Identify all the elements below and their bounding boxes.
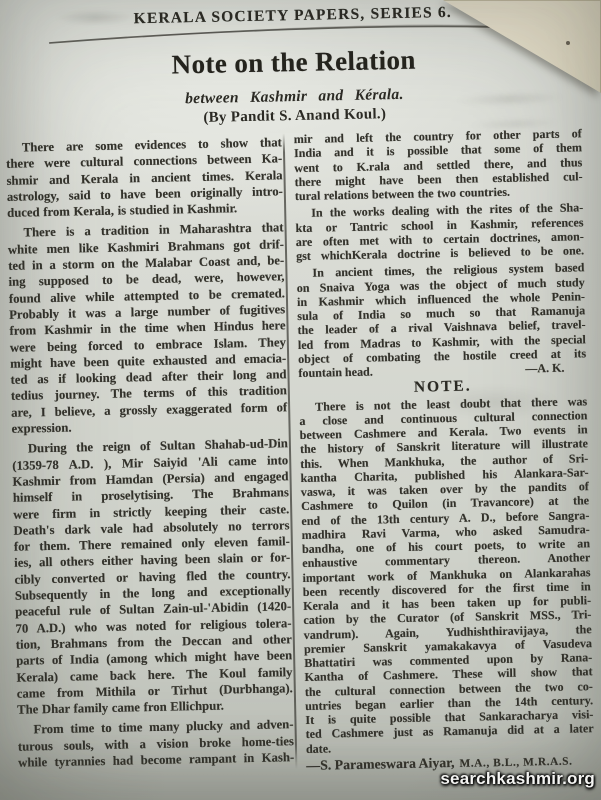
paragraph: During the reign of Sultan Shahab-ud-Din… bbox=[12, 436, 294, 719]
paragraph: In the works dealing with the rites of t… bbox=[295, 201, 584, 264]
paragraph: There are some evidences to show thatthe… bbox=[6, 134, 284, 221]
watermark-text: searchkashmir.org bbox=[440, 769, 595, 789]
signature-name: —S. Parameswara Aiyar, bbox=[306, 756, 454, 773]
paragraph-end-text: fountain head. bbox=[298, 365, 373, 381]
page-content: KERALA SOCIETY PAPERS, SERIES 6. Note on… bbox=[0, 0, 601, 800]
paragraph: There is a tradition in Maharashtra that… bbox=[7, 220, 287, 437]
paper-speck bbox=[566, 41, 570, 45]
author-initials: —A. K. bbox=[525, 361, 564, 376]
photographed-journal-page: KERALA SOCIETY PAPERS, SERIES 6. Note on… bbox=[0, 0, 601, 800]
paragraph: There is not the least doubt that there … bbox=[299, 394, 594, 756]
column-right: mir and left the country for other parts… bbox=[294, 126, 595, 774]
paragraph: In ancient times, the religious system b… bbox=[296, 261, 586, 381]
paragraph: mir and left the country for other parts… bbox=[294, 126, 583, 203]
column-left: There are some evidences to show thatthe… bbox=[6, 134, 295, 775]
paragraph: From time to time many plucky and adven-… bbox=[17, 717, 294, 771]
